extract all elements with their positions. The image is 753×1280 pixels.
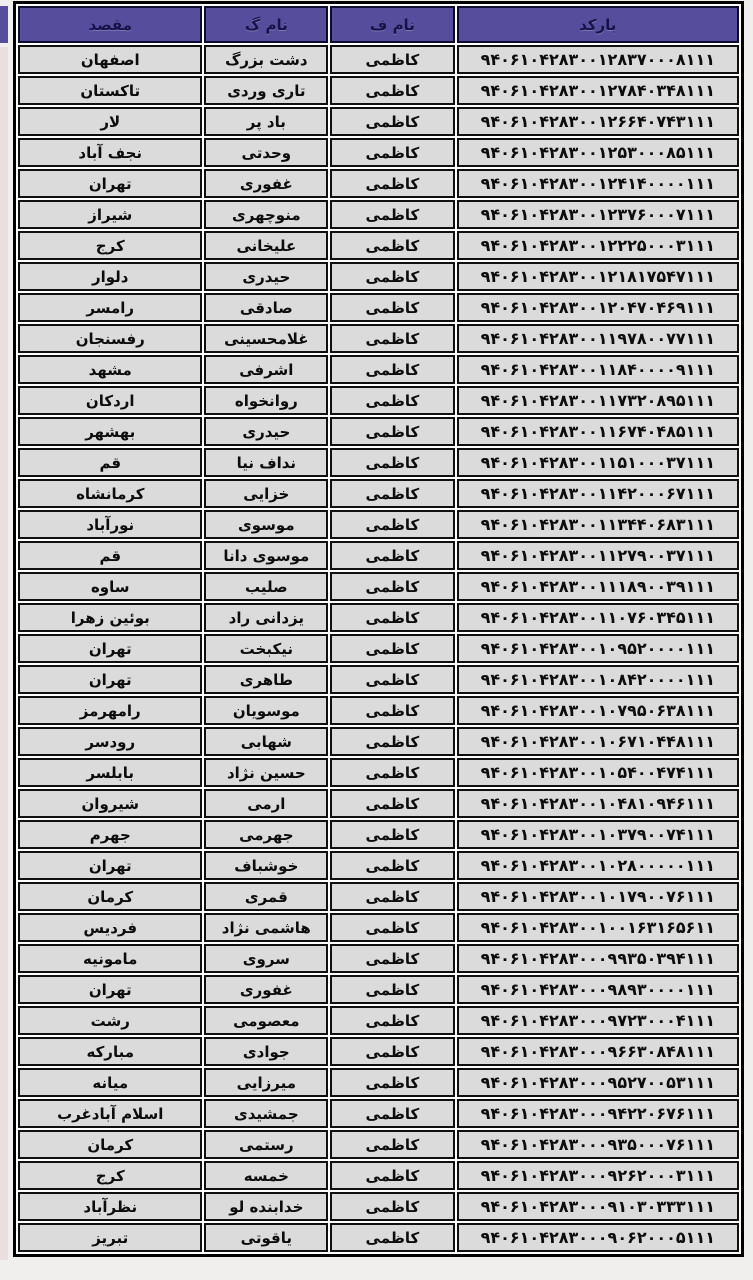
sender-name-cell: کاظمی bbox=[330, 1006, 454, 1035]
destination-cell: رامهرمز bbox=[18, 696, 202, 725]
receiver-name-cell: خزایی bbox=[204, 479, 328, 508]
sender-name-cell: کاظمی bbox=[330, 76, 454, 105]
sender-name-cell: کاظمی bbox=[330, 727, 454, 756]
receiver-name-cell: یاقوتی bbox=[204, 1223, 328, 1252]
table-row: ۹۴۰۶۱۰۴۲۸۳۰۰۱۱۲۷۹۰۰۳۷۱۱۱کاظمیموسوی داناق… bbox=[18, 541, 739, 570]
table-row: ۹۴۰۶۱۰۴۲۸۳۰۰۰۹۷۲۳۰۰۰۴۱۱۱کاظمیمعصومیرشت bbox=[18, 1006, 739, 1035]
receiver-name-cell: غفوری bbox=[204, 975, 328, 1004]
barcode-cell: ۹۴۰۶۱۰۴۲۸۳۰۰۱۱۸۴۰۰۰۰۹۱۱۱ bbox=[457, 355, 739, 384]
sender-name-cell: کاظمی bbox=[330, 634, 454, 663]
destination-cell: بهشهر bbox=[18, 417, 202, 446]
barcode-cell: ۹۴۰۶۱۰۴۲۸۳۰۰۱۱۷۳۲۰۸۹۵۱۱۱ bbox=[457, 386, 739, 415]
table-row: ۹۴۰۶۱۰۴۲۸۳۰۰۱۱۸۴۰۰۰۰۹۱۱۱کاظمیاشرفیمشهد bbox=[18, 355, 739, 384]
sender-name-cell: کاظمی bbox=[330, 355, 454, 384]
destination-cell: کرج bbox=[18, 1161, 202, 1190]
column-header-barcode: بارکد bbox=[457, 6, 739, 43]
table-row: ۹۴۰۶۱۰۴۲۸۳۰۰۱۰۸۴۲۰۰۰۰۱۱۱کاظمیطاهریتهران bbox=[18, 665, 739, 694]
destination-cell: کرمان bbox=[18, 882, 202, 911]
destination-cell: اردکان bbox=[18, 386, 202, 415]
destination-cell: تبریز bbox=[18, 1223, 202, 1252]
receiver-name-cell: حیدری bbox=[204, 417, 328, 446]
sender-name-cell: کاظمی bbox=[330, 448, 454, 477]
sender-name-cell: کاظمی bbox=[330, 1192, 454, 1221]
table-row: ۹۴۰۶۱۰۴۲۸۳۰۰۰۹۳۵۰۰۰۷۶۱۱۱کاظمیرستمیکرمان bbox=[18, 1130, 739, 1159]
destination-cell: مبارکه bbox=[18, 1037, 202, 1066]
table-row: ۹۴۰۶۱۰۴۲۸۳۰۰۱۰۵۴۰۰۴۷۴۱۱۱کاظمیحسین نژادبا… bbox=[18, 758, 739, 787]
receiver-name-cell: هاشمی نژاد bbox=[204, 913, 328, 942]
table-row: ۹۴۰۶۱۰۴۲۸۳۰۰۱۱۹۷۸۰۰۷۷۱۱۱کاظمیغلامحسینیرف… bbox=[18, 324, 739, 353]
barcode-cell: ۹۴۰۶۱۰۴۲۸۳۰۰۱۰۶۷۱۰۴۴۸۱۱۱ bbox=[457, 727, 739, 756]
barcode-cell: ۹۴۰۶۱۰۴۲۸۳۰۰۱۲۵۳۰۰۰۸۵۱۱۱ bbox=[457, 138, 739, 167]
sender-name-cell: کاظمی bbox=[330, 1068, 454, 1097]
sender-name-cell: کاظمی bbox=[330, 913, 454, 942]
table-header: بارکد نام ف نام گ مقصد bbox=[18, 6, 739, 43]
table-row: ۹۴۰۶۱۰۴۲۸۳۰۰۰۹۸۹۳۰۰۰۰۱۱۱کاظمیغفوریتهران bbox=[18, 975, 739, 1004]
sender-name-cell: کاظمی bbox=[330, 603, 454, 632]
destination-cell: تهران bbox=[18, 169, 202, 198]
sender-name-cell: کاظمی bbox=[330, 479, 454, 508]
barcode-cell: ۹۴۰۶۱۰۴۲۸۳۰۰۱۰۱۷۹۰۰۷۶۱۱۱ bbox=[457, 882, 739, 911]
barcode-cell: ۹۴۰۶۱۰۴۲۸۳۰۰۰۹۹۳۵۰۳۹۴۱۱۱ bbox=[457, 944, 739, 973]
destination-cell: بوئین زهرا bbox=[18, 603, 202, 632]
barcode-cell: ۹۴۰۶۱۰۴۲۸۳۰۰۰۹۵۲۷۰۰۵۳۱۱۱ bbox=[457, 1068, 739, 1097]
table-row: ۹۴۰۶۱۰۴۲۸۳۰۰۱۱۵۱۰۰۰۳۷۱۱۱کاظمینداف نیاقم bbox=[18, 448, 739, 477]
shipments-table: بارکد نام ف نام گ مقصد ۹۴۰۶۱۰۴۲۸۳۰۰۱۲۸۳۷… bbox=[13, 1, 744, 1257]
sender-name-cell: کاظمی bbox=[330, 293, 454, 322]
sender-name-cell: کاظمی bbox=[330, 1223, 454, 1252]
receiver-name-cell: جمشیدی bbox=[204, 1099, 328, 1128]
receiver-name-cell: نیکبخت bbox=[204, 634, 328, 663]
sender-name-cell: کاظمی bbox=[330, 386, 454, 415]
barcode-cell: ۹۴۰۶۱۰۴۲۸۳۰۰۱۱۱۸۹۰۰۳۹۱۱۱ bbox=[457, 572, 739, 601]
destination-cell: کرمان bbox=[18, 1130, 202, 1159]
table-row: ۹۴۰۶۱۰۴۲۸۳۰۰۱۱۷۳۲۰۸۹۵۱۱۱کاظمیروانخواهارد… bbox=[18, 386, 739, 415]
destination-cell: نورآباد bbox=[18, 510, 202, 539]
table-row: ۹۴۰۶۱۰۴۲۸۳۰۰۱۲۳۷۶۰۰۰۷۱۱۱کاظمیمنوچهریشیرا… bbox=[18, 200, 739, 229]
receiver-name-cell: طاهری bbox=[204, 665, 328, 694]
sender-name-cell: کاظمی bbox=[330, 541, 454, 570]
destination-cell: تاکستان bbox=[18, 76, 202, 105]
table-row: ۹۴۰۶۱۰۴۲۸۳۰۰۱۲۲۲۵۰۰۰۳۱۱۱کاظمیعلیخانیکرج bbox=[18, 231, 739, 260]
receiver-name-cell: خمسه bbox=[204, 1161, 328, 1190]
destination-cell: لار bbox=[18, 107, 202, 136]
barcode-cell: ۹۴۰۶۱۰۴۲۸۳۰۰۱۰۹۵۲۰۰۰۰۱۱۱ bbox=[457, 634, 739, 663]
receiver-name-cell: صلیب bbox=[204, 572, 328, 601]
destination-cell: قم bbox=[18, 448, 202, 477]
sender-name-cell: کاظمی bbox=[330, 45, 454, 74]
table-row: ۹۴۰۶۱۰۴۲۸۳۰۰۰۹۶۶۳۰۸۴۸۱۱۱کاظمیجوادیمبارکه bbox=[18, 1037, 739, 1066]
sender-name-cell: کاظمی bbox=[330, 665, 454, 694]
destination-cell: نظرآباد bbox=[18, 1192, 202, 1221]
column-header-name-g: نام گ bbox=[204, 6, 328, 43]
sender-name-cell: کاظمی bbox=[330, 200, 454, 229]
barcode-cell: ۹۴۰۶۱۰۴۲۸۳۰۰۱۰۸۴۲۰۰۰۰۱۱۱ bbox=[457, 665, 739, 694]
table-row: ۹۴۰۶۱۰۴۲۸۳۰۰۰۹۱۰۳۰۳۳۳۱۱۱کاظمیخدابنده لون… bbox=[18, 1192, 739, 1221]
table-row: ۹۴۰۶۱۰۴۲۸۳۰۰۱۲۰۴۷۰۴۶۹۱۱۱کاظمیصادقیرامسر bbox=[18, 293, 739, 322]
sender-name-cell: کاظمی bbox=[330, 1037, 454, 1066]
receiver-name-cell: وحدتی bbox=[204, 138, 328, 167]
barcode-cell: ۹۴۰۶۱۰۴۲۸۳۰۰۱۱۰۷۶۰۳۴۵۱۱۱ bbox=[457, 603, 739, 632]
receiver-name-cell: جهرمی bbox=[204, 820, 328, 849]
sender-name-cell: کاظمی bbox=[330, 231, 454, 260]
receiver-name-cell: علیخانی bbox=[204, 231, 328, 260]
barcode-cell: ۹۴۰۶۱۰۴۲۸۳۰۰۱۲۰۴۷۰۴۶۹۱۱۱ bbox=[457, 293, 739, 322]
barcode-cell: ۹۴۰۶۱۰۴۲۸۳۰۰۱۱۲۷۹۰۰۳۷۱۱۱ bbox=[457, 541, 739, 570]
receiver-name-cell: قمری bbox=[204, 882, 328, 911]
destination-cell: ساوه bbox=[18, 572, 202, 601]
receiver-name-cell: روانخواه bbox=[204, 386, 328, 415]
barcode-cell: ۹۴۰۶۱۰۴۲۸۳۰۰۱۲۱۸۱۷۵۴۷۱۱۱ bbox=[457, 262, 739, 291]
barcode-cell: ۹۴۰۶۱۰۴۲۸۳۰۰۰۹۰۶۲۰۰۰۵۱۱۱ bbox=[457, 1223, 739, 1252]
table-row: ۹۴۰۶۱۰۴۲۸۳۰۰۱۲۱۸۱۷۵۴۷۱۱۱کاظمیحیدریدلوار bbox=[18, 262, 739, 291]
receiver-name-cell: ارمی bbox=[204, 789, 328, 818]
destination-cell: بابلسر bbox=[18, 758, 202, 787]
destination-cell: اصفهان bbox=[18, 45, 202, 74]
destination-cell: مامونیه bbox=[18, 944, 202, 973]
receiver-name-cell: سروی bbox=[204, 944, 328, 973]
table-row: ۹۴۰۶۱۰۴۲۸۳۰۰۱۰۳۷۹۰۰۷۴۱۱۱کاظمیجهرمیجهرم bbox=[18, 820, 739, 849]
table-row: ۹۴۰۶۱۰۴۲۸۳۰۰۱۱۶۷۴۰۴۸۵۱۱۱کاظمیحیدریبهشهر bbox=[18, 417, 739, 446]
destination-cell: مشهد bbox=[18, 355, 202, 384]
table-row: ۹۴۰۶۱۰۴۲۸۳۰۰۱۰۰۱۶۳۱۶۵۶۱۱کاظمیهاشمی نژادف… bbox=[18, 913, 739, 942]
receiver-name-cell: غفوری bbox=[204, 169, 328, 198]
destination-cell: تهران bbox=[18, 975, 202, 1004]
column-header-name-f: نام ف bbox=[330, 6, 454, 43]
receiver-name-cell: موسوی bbox=[204, 510, 328, 539]
destination-cell: دلوار bbox=[18, 262, 202, 291]
table-row: ۹۴۰۶۱۰۴۲۸۳۰۰۱۰۶۷۱۰۴۴۸۱۱۱کاظمیشهابیرودسر bbox=[18, 727, 739, 756]
receiver-name-cell: حسین نژاد bbox=[204, 758, 328, 787]
barcode-cell: ۹۴۰۶۱۰۴۲۸۳۰۰۰۹۱۰۳۰۳۳۳۱۱۱ bbox=[457, 1192, 739, 1221]
sender-name-cell: کاظمی bbox=[330, 944, 454, 973]
sender-name-cell: کاظمی bbox=[330, 851, 454, 880]
sender-name-cell: کاظمی bbox=[330, 789, 454, 818]
sender-name-cell: کاظمی bbox=[330, 262, 454, 291]
sender-name-cell: کاظمی bbox=[330, 572, 454, 601]
sender-name-cell: کاظمی bbox=[330, 696, 454, 725]
destination-cell: نجف آباد bbox=[18, 138, 202, 167]
receiver-name-cell: یزدانی راد bbox=[204, 603, 328, 632]
receiver-name-cell: خدابنده لو bbox=[204, 1192, 328, 1221]
column-header-destination: مقصد bbox=[18, 6, 202, 43]
receiver-name-cell: صادقی bbox=[204, 293, 328, 322]
barcode-cell: ۹۴۰۶۱۰۴۲۸۳۰۰۰۹۲۶۲۰۰۰۳۱۱۱ bbox=[457, 1161, 739, 1190]
barcode-cell: ۹۴۰۶۱۰۴۲۸۳۰۰۱۰۷۹۵۰۶۳۸۱۱۱ bbox=[457, 696, 739, 725]
destination-cell: تهران bbox=[18, 634, 202, 663]
sender-name-cell: کاظمی bbox=[330, 169, 454, 198]
barcode-cell: ۹۴۰۶۱۰۴۲۸۳۰۰۱۲۴۱۴۰۰۰۰۱۱۱ bbox=[457, 169, 739, 198]
receiver-name-cell: غلامحسینی bbox=[204, 324, 328, 353]
sender-name-cell: کاظمی bbox=[330, 324, 454, 353]
table-row: ۹۴۰۶۱۰۴۲۸۳۰۰۱۱۱۸۹۰۰۳۹۱۱۱کاظمیصلیبساوه bbox=[18, 572, 739, 601]
table-row: ۹۴۰۶۱۰۴۲۸۳۰۰۱۰۲۸۰۰۰۰۰۱۱۱کاظمیخوشبافتهران bbox=[18, 851, 739, 880]
receiver-name-cell: حیدری bbox=[204, 262, 328, 291]
sender-name-cell: کاظمی bbox=[330, 510, 454, 539]
barcode-cell: ۹۴۰۶۱۰۴۲۸۳۰۰۱۰۵۴۰۰۴۷۴۱۱۱ bbox=[457, 758, 739, 787]
barcode-cell: ۹۴۰۶۱۰۴۲۸۳۰۰۰۹۷۲۳۰۰۰۴۱۱۱ bbox=[457, 1006, 739, 1035]
table-row: ۹۴۰۶۱۰۴۲۸۳۰۰۱۰۱۷۹۰۰۷۶۱۱۱کاظمیقمریکرمان bbox=[18, 882, 739, 911]
barcode-cell: ۹۴۰۶۱۰۴۲۸۳۰۰۱۲۸۳۷۰۰۰۸۱۱۱ bbox=[457, 45, 739, 74]
page: بارکد نام ف نام گ مقصد ۹۴۰۶۱۰۴۲۸۳۰۰۱۲۸۳۷… bbox=[0, 0, 753, 1280]
destination-cell: رشت bbox=[18, 1006, 202, 1035]
destination-cell: رفسنجان bbox=[18, 324, 202, 353]
receiver-name-cell: رستمی bbox=[204, 1130, 328, 1159]
barcode-cell: ۹۴۰۶۱۰۴۲۸۳۰۰۱۲۳۷۶۰۰۰۷۱۱۱ bbox=[457, 200, 739, 229]
destination-cell: شیراز bbox=[18, 200, 202, 229]
barcode-cell: ۹۴۰۶۱۰۴۲۸۳۰۰۱۰۲۸۰۰۰۰۰۱۱۱ bbox=[457, 851, 739, 880]
receiver-name-cell: موسوی دانا bbox=[204, 541, 328, 570]
table-row: ۹۴۰۶۱۰۴۲۸۳۰۰۰۹۰۶۲۰۰۰۵۱۱۱کاظمییاقوتیتبریز bbox=[18, 1223, 739, 1252]
barcode-cell: ۹۴۰۶۱۰۴۲۸۳۰۰۱۰۴۸۱۰۹۴۶۱۱۱ bbox=[457, 789, 739, 818]
barcode-cell: ۹۴۰۶۱۰۴۲۸۳۰۰۰۹۴۲۲۰۶۷۶۱۱۱ bbox=[457, 1099, 739, 1128]
sender-name-cell: کاظمی bbox=[330, 107, 454, 136]
barcode-cell: ۹۴۰۶۱۰۴۲۸۳۰۰۱۰۰۱۶۳۱۶۵۶۱۱ bbox=[457, 913, 739, 942]
barcode-cell: ۹۴۰۶۱۰۴۲۸۳۰۰۰۹۳۵۰۰۰۷۶۱۱۱ bbox=[457, 1130, 739, 1159]
barcode-cell: ۹۴۰۶۱۰۴۲۸۳۰۰۱۱۴۲۰۰۰۶۷۱۱۱ bbox=[457, 479, 739, 508]
destination-cell: قم bbox=[18, 541, 202, 570]
sender-name-cell: کاظمی bbox=[330, 758, 454, 787]
receiver-name-cell: میرزایی bbox=[204, 1068, 328, 1097]
table-row: ۹۴۰۶۱۰۴۲۸۳۰۰۱۰۷۹۵۰۶۳۸۱۱۱کاظمیموسویانرامه… bbox=[18, 696, 739, 725]
sender-name-cell: کاظمی bbox=[330, 138, 454, 167]
destination-cell: تهران bbox=[18, 665, 202, 694]
sender-name-cell: کاظمی bbox=[330, 1130, 454, 1159]
table-row: ۹۴۰۶۱۰۴۲۸۳۰۰۱۱۳۴۴۰۶۸۳۱۱۱کاظمیموسوینورآبا… bbox=[18, 510, 739, 539]
table-row: ۹۴۰۶۱۰۴۲۸۳۰۰۰۹۴۲۲۰۶۷۶۱۱۱کاظمیجمشیدیاسلام… bbox=[18, 1099, 739, 1128]
sender-name-cell: کاظمی bbox=[330, 975, 454, 1004]
table-row: ۹۴۰۶۱۰۴۲۸۳۰۰۱۲۵۳۰۰۰۸۵۱۱۱کاظمیوحدتینجف آب… bbox=[18, 138, 739, 167]
receiver-name-cell: باد پر bbox=[204, 107, 328, 136]
barcode-cell: ۹۴۰۶۱۰۴۲۸۳۰۰۱۰۳۷۹۰۰۷۴۱۱۱ bbox=[457, 820, 739, 849]
barcode-cell: ۹۴۰۶۱۰۴۲۸۳۰۰۱۱۳۴۴۰۶۸۳۱۱۱ bbox=[457, 510, 739, 539]
table-row: ۹۴۰۶۱۰۴۲۸۳۰۰۱۰۹۵۲۰۰۰۰۱۱۱کاظمینیکبختتهران bbox=[18, 634, 739, 663]
table-row: ۹۴۰۶۱۰۴۲۸۳۰۰۰۹۹۳۵۰۳۹۴۱۱۱کاظمیسرویمامونیه bbox=[18, 944, 739, 973]
barcode-cell: ۹۴۰۶۱۰۴۲۸۳۰۰۱۲۲۲۵۰۰۰۳۱۱۱ bbox=[457, 231, 739, 260]
barcode-cell: ۹۴۰۶۱۰۴۲۸۳۰۰۱۱۵۱۰۰۰۳۷۱۱۱ bbox=[457, 448, 739, 477]
sender-name-cell: کاظمی bbox=[330, 1099, 454, 1128]
receiver-name-cell: معصومی bbox=[204, 1006, 328, 1035]
sender-name-cell: کاظمی bbox=[330, 882, 454, 911]
table-row: ۹۴۰۶۱۰۴۲۸۳۰۰۱۲۶۶۴۰۷۴۳۱۱۱کاظمیباد پرلار bbox=[18, 107, 739, 136]
receiver-name-cell: خوشباف bbox=[204, 851, 328, 880]
table-row: ۹۴۰۶۱۰۴۲۸۳۰۰۱۲۷۸۴۰۳۴۸۱۱۱کاظمیتاری وردیتا… bbox=[18, 76, 739, 105]
receiver-name-cell: اشرفی bbox=[204, 355, 328, 384]
header-row: بارکد نام ف نام گ مقصد bbox=[18, 6, 739, 43]
barcode-cell: ۹۴۰۶۱۰۴۲۸۳۰۰۰۹۶۶۳۰۸۴۸۱۱۱ bbox=[457, 1037, 739, 1066]
destination-cell: میانه bbox=[18, 1068, 202, 1097]
destination-cell: شیروان bbox=[18, 789, 202, 818]
table-row: ۹۴۰۶۱۰۴۲۸۳۰۰۱۲۸۳۷۰۰۰۸۱۱۱کاظمیدشت بزرگاصف… bbox=[18, 45, 739, 74]
destination-cell: تهران bbox=[18, 851, 202, 880]
destination-cell: رامسر bbox=[18, 293, 202, 322]
barcode-cell: ۹۴۰۶۱۰۴۲۸۳۰۰۱۲۷۸۴۰۳۴۸۱۱۱ bbox=[457, 76, 739, 105]
receiver-name-cell: دشت بزرگ bbox=[204, 45, 328, 74]
table-row: ۹۴۰۶۱۰۴۲۸۳۰۰۱۲۴۱۴۰۰۰۰۱۱۱کاظمیغفوریتهران bbox=[18, 169, 739, 198]
destination-cell: جهرم bbox=[18, 820, 202, 849]
sender-name-cell: کاظمی bbox=[330, 1161, 454, 1190]
destination-cell: کرج bbox=[18, 231, 202, 260]
table-row: ۹۴۰۶۱۰۴۲۸۳۰۰۰۹۵۲۷۰۰۵۳۱۱۱کاظمیمیرزاییمیان… bbox=[18, 1068, 739, 1097]
barcode-cell: ۹۴۰۶۱۰۴۲۸۳۰۰۱۲۶۶۴۰۷۴۳۱۱۱ bbox=[457, 107, 739, 136]
barcode-cell: ۹۴۰۶۱۰۴۲۸۳۰۰۱۱۹۷۸۰۰۷۷۱۱۱ bbox=[457, 324, 739, 353]
receiver-name-cell: نداف نیا bbox=[204, 448, 328, 477]
receiver-name-cell: جوادی bbox=[204, 1037, 328, 1066]
left-column-fragment bbox=[0, 47, 8, 1260]
left-header-band-fragment bbox=[0, 6, 8, 43]
receiver-name-cell: شهابی bbox=[204, 727, 328, 756]
table-row: ۹۴۰۶۱۰۴۲۸۳۰۰۱۰۴۸۱۰۹۴۶۱۱۱کاظمیارمیشیروان bbox=[18, 789, 739, 818]
receiver-name-cell: موسویان bbox=[204, 696, 328, 725]
receiver-name-cell: تاری وردی bbox=[204, 76, 328, 105]
table-row: ۹۴۰۶۱۰۴۲۸۳۰۰۱۱۴۲۰۰۰۶۷۱۱۱کاظمیخزاییکرمانش… bbox=[18, 479, 739, 508]
receiver-name-cell: منوچهری bbox=[204, 200, 328, 229]
sender-name-cell: کاظمی bbox=[330, 820, 454, 849]
table-body: ۹۴۰۶۱۰۴۲۸۳۰۰۱۲۸۳۷۰۰۰۸۱۱۱کاظمیدشت بزرگاصف… bbox=[18, 45, 739, 1252]
destination-cell: رودسر bbox=[18, 727, 202, 756]
barcode-cell: ۹۴۰۶۱۰۴۲۸۳۰۰۱۱۶۷۴۰۴۸۵۱۱۱ bbox=[457, 417, 739, 446]
barcode-cell: ۹۴۰۶۱۰۴۲۸۳۰۰۰۹۸۹۳۰۰۰۰۱۱۱ bbox=[457, 975, 739, 1004]
destination-cell: اسلام آبادغرب bbox=[18, 1099, 202, 1128]
destination-cell: کرمانشاه bbox=[18, 479, 202, 508]
sender-name-cell: کاظمی bbox=[330, 417, 454, 446]
destination-cell: فردیس bbox=[18, 913, 202, 942]
table-row: ۹۴۰۶۱۰۴۲۸۳۰۰۱۱۰۷۶۰۳۴۵۱۱۱کاظمییزدانی رادب… bbox=[18, 603, 739, 632]
table-row: ۹۴۰۶۱۰۴۲۸۳۰۰۰۹۲۶۲۰۰۰۳۱۱۱کاظمیخمسهکرج bbox=[18, 1161, 739, 1190]
